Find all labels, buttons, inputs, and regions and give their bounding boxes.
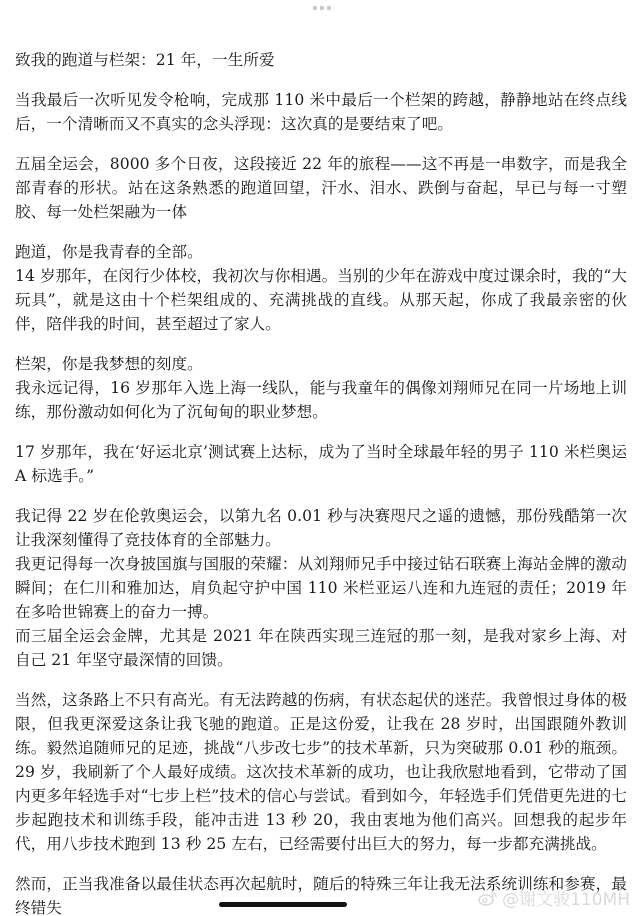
weibo-watermark: @谢文骏110MH bbox=[478, 885, 630, 910]
grabber-dot bbox=[313, 6, 317, 10]
home-indicator[interactable] bbox=[219, 902, 347, 907]
paragraph-final-race: 当我最后一次听见发令枪响，完成那 110 米中最后一个栏架的跨越，静静地站在终点… bbox=[15, 88, 627, 136]
article-title: 致我的跑道与栏架：21 年，一生所爱 bbox=[15, 48, 627, 72]
article-body: 致我的跑道与栏架：21 年，一生所爱 当我最后一次听见发令枪响，完成那 110 … bbox=[15, 48, 627, 916]
paragraph-london-olympics: 我记得 22 岁在伦敦奥运会，以第九名 0.01 秒与决赛咫尺之遥的遗憾，那份残… bbox=[15, 504, 627, 552]
sheet-grabber-handle[interactable] bbox=[313, 6, 331, 10]
paragraph-journey: 五届全运会，8000 多个日夜，这段接近 22 年的旅程——这不再是一串数字，而… bbox=[15, 152, 627, 224]
paragraph-national-honors: 我更记得每一次身披国旗与国服的荣耀：从刘翔师兄手中接过钻石联赛上海站金牌的激动瞬… bbox=[15, 552, 627, 624]
document-sheet: 致我的跑道与栏架：21 年，一生所爱 当我最后一次听见发令枪响，完成那 110 … bbox=[0, 0, 640, 916]
paragraph-age-17: 17 岁那年，我在‘好运北京’测试赛上达标，成为了当时全球最年轻的男子 110 … bbox=[15, 440, 627, 488]
watermark-text: @谢文骏110MH bbox=[502, 885, 630, 910]
paragraph-challenges: 当然，这条路上不只有高光。有无法跨越的伤病，有状态起伏的迷茫。我曾恨过身体的极限… bbox=[15, 688, 627, 856]
weibo-logo-icon bbox=[478, 890, 498, 906]
paragraph-age-16: 我永远记得，16 岁那年入选上海一线队，能与我童年的偶像刘翔师兄在同一片场地上训… bbox=[15, 376, 627, 424]
paragraph-track-heading: 跑道，你是我青春的全部。 bbox=[15, 240, 627, 264]
paragraph-hurdle-heading: 栏架，你是我梦想的刻度。 bbox=[15, 352, 627, 376]
paragraph-national-games: 而三届全运会金牌，尤其是 2021 年在陕西实现三连冠的那一刻，是我对家乡上海、… bbox=[15, 624, 627, 672]
grabber-dot bbox=[327, 6, 331, 10]
paragraph-age-14: 14 岁那年，在闵行少体校，我初次与你相遇。当别的少年在游戏中度过课余时，我的“… bbox=[15, 264, 627, 336]
grabber-dot bbox=[320, 6, 324, 10]
